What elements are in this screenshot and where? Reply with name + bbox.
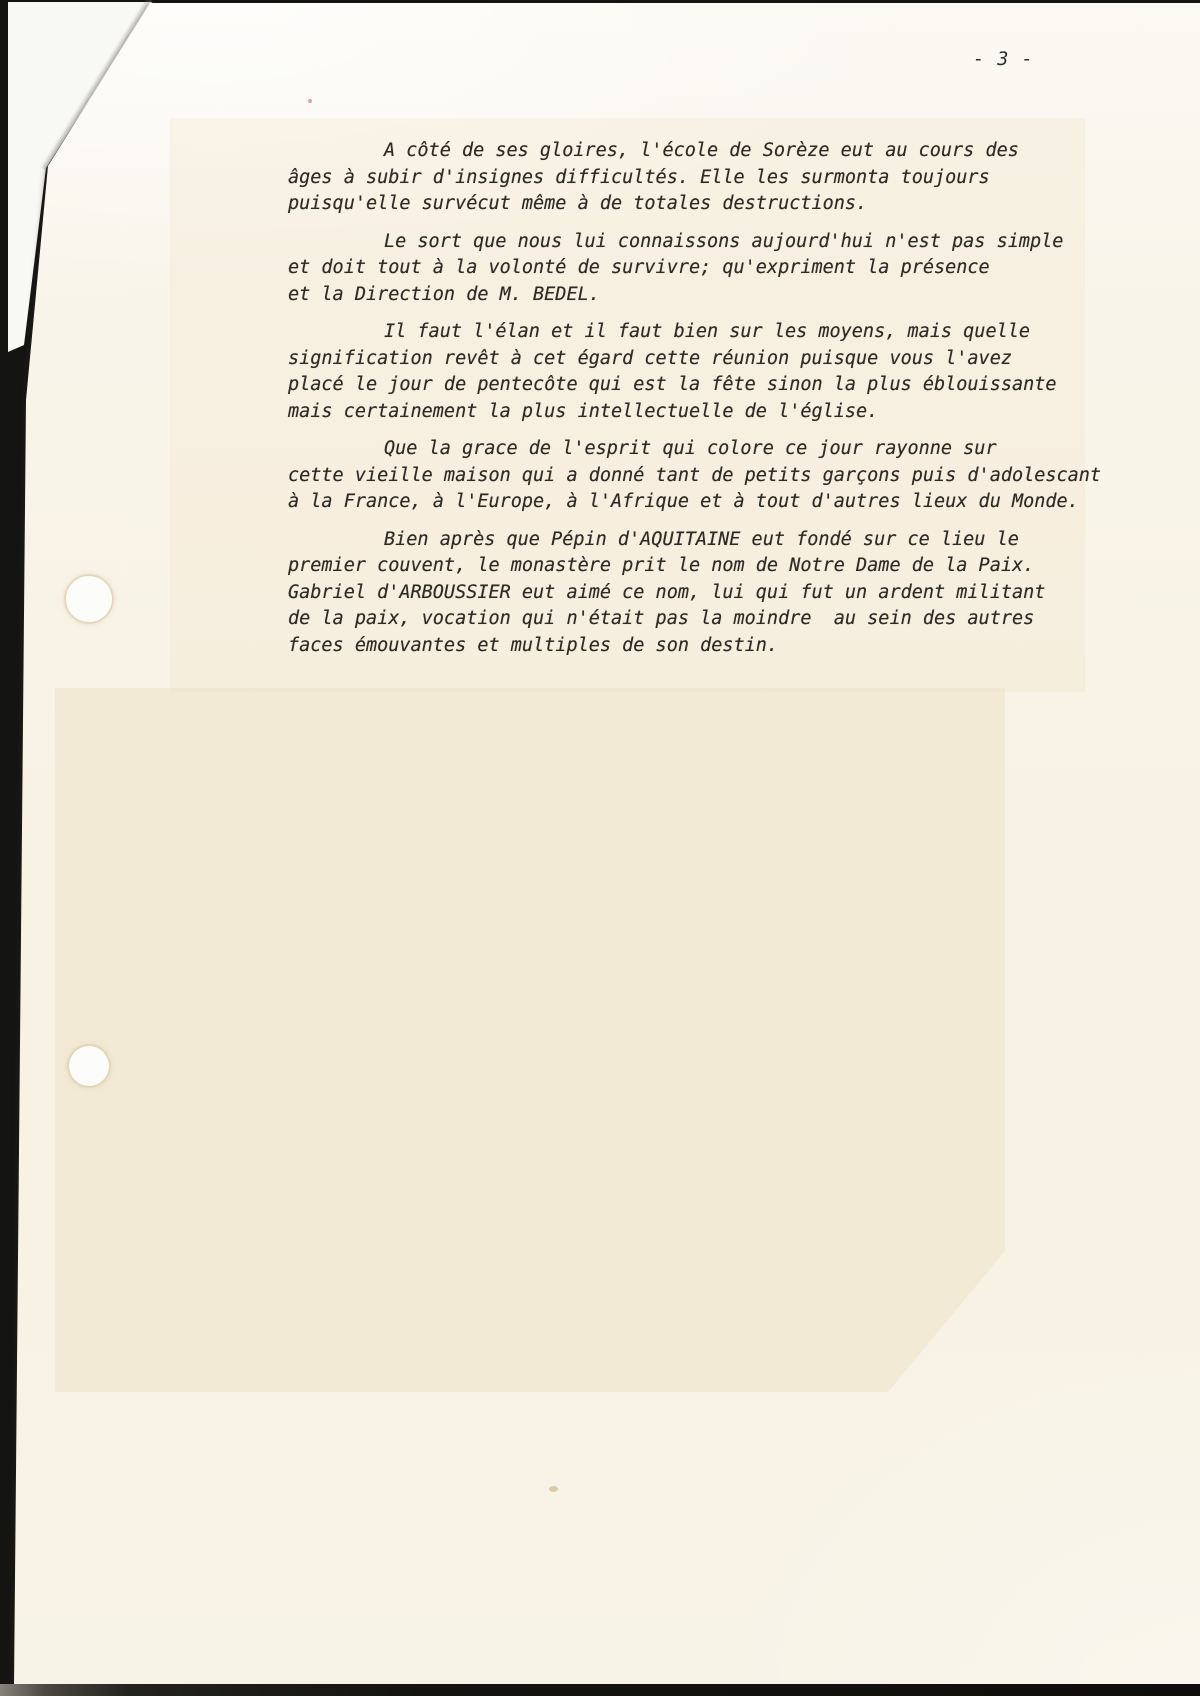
text-line: A côté de ses gloires, l'école de Sorèze… [288, 138, 1101, 165]
text-line: Gabriel d'ARBOUSSIER eut aimé ce nom, lu… [288, 580, 1101, 607]
text-line: placé le jour de pentecôte qui est la fê… [288, 372, 1101, 399]
text-line: puisqu'elle survécut même à de totales d… [288, 191, 1101, 218]
text-line: faces émouvantes et multiples de son des… [288, 633, 1101, 660]
hole-punch-top [66, 576, 112, 622]
stain-overlay [55, 688, 1005, 1392]
text-line: cette vieille maison qui a donné tant de… [288, 463, 1101, 490]
paragraph: Il faut l'élan et il faut bien sur les m… [288, 319, 1101, 425]
page-number: - 3 - [973, 49, 1034, 70]
text-line: Il faut l'élan et il faut bien sur les m… [288, 319, 1101, 346]
hole-punch-bottom [69, 1046, 109, 1086]
text-line: signification revêt à cet égard cette ré… [288, 346, 1101, 373]
text-line: premier couvent, le monastère prit le no… [288, 553, 1101, 580]
text-line: et doit tout à la volonté de survivre; q… [288, 255, 1101, 282]
text-line: de la paix, vocation qui n'était pas la … [288, 606, 1101, 633]
scanned-page: - 3 - A côté de ses gloires, l'école de … [0, 0, 1200, 1696]
text-line: mais certainement la plus intellectuelle… [288, 399, 1101, 426]
text-line: à la France, à l'Europe, à l'Afrique et … [288, 489, 1101, 516]
text-line: Bien après que Pépin d'AQUITAINE eut fon… [288, 527, 1101, 554]
paragraph: Bien après que Pépin d'AQUITAINE eut fon… [288, 527, 1101, 660]
scan-bottom-edge [0, 1684, 1200, 1696]
paragraph: Le sort que nous lui connaissons aujourd… [288, 229, 1101, 309]
text-line: âges à subir d'insignes difficultés. Ell… [288, 165, 1101, 192]
text-line: et la Direction de M. BEDEL. [288, 282, 1101, 309]
ink-speck [549, 1486, 558, 1492]
ink-speck [308, 99, 312, 103]
document-text: A côté de ses gloires, l'école de Sorèze… [288, 138, 1101, 670]
text-line: Le sort que nous lui connaissons aujourd… [288, 229, 1101, 256]
page-sheet: - 3 - A côté de ses gloires, l'école de … [0, 0, 1200, 1696]
paragraph: Que la grace de l'esprit qui colore ce j… [288, 436, 1101, 516]
text-line: Que la grace de l'esprit qui colore ce j… [288, 436, 1101, 463]
paragraph: A côté de ses gloires, l'école de Sorèze… [288, 138, 1101, 218]
page-sheet-wrapper: - 3 - A côté de ses gloires, l'école de … [0, 0, 1200, 1696]
